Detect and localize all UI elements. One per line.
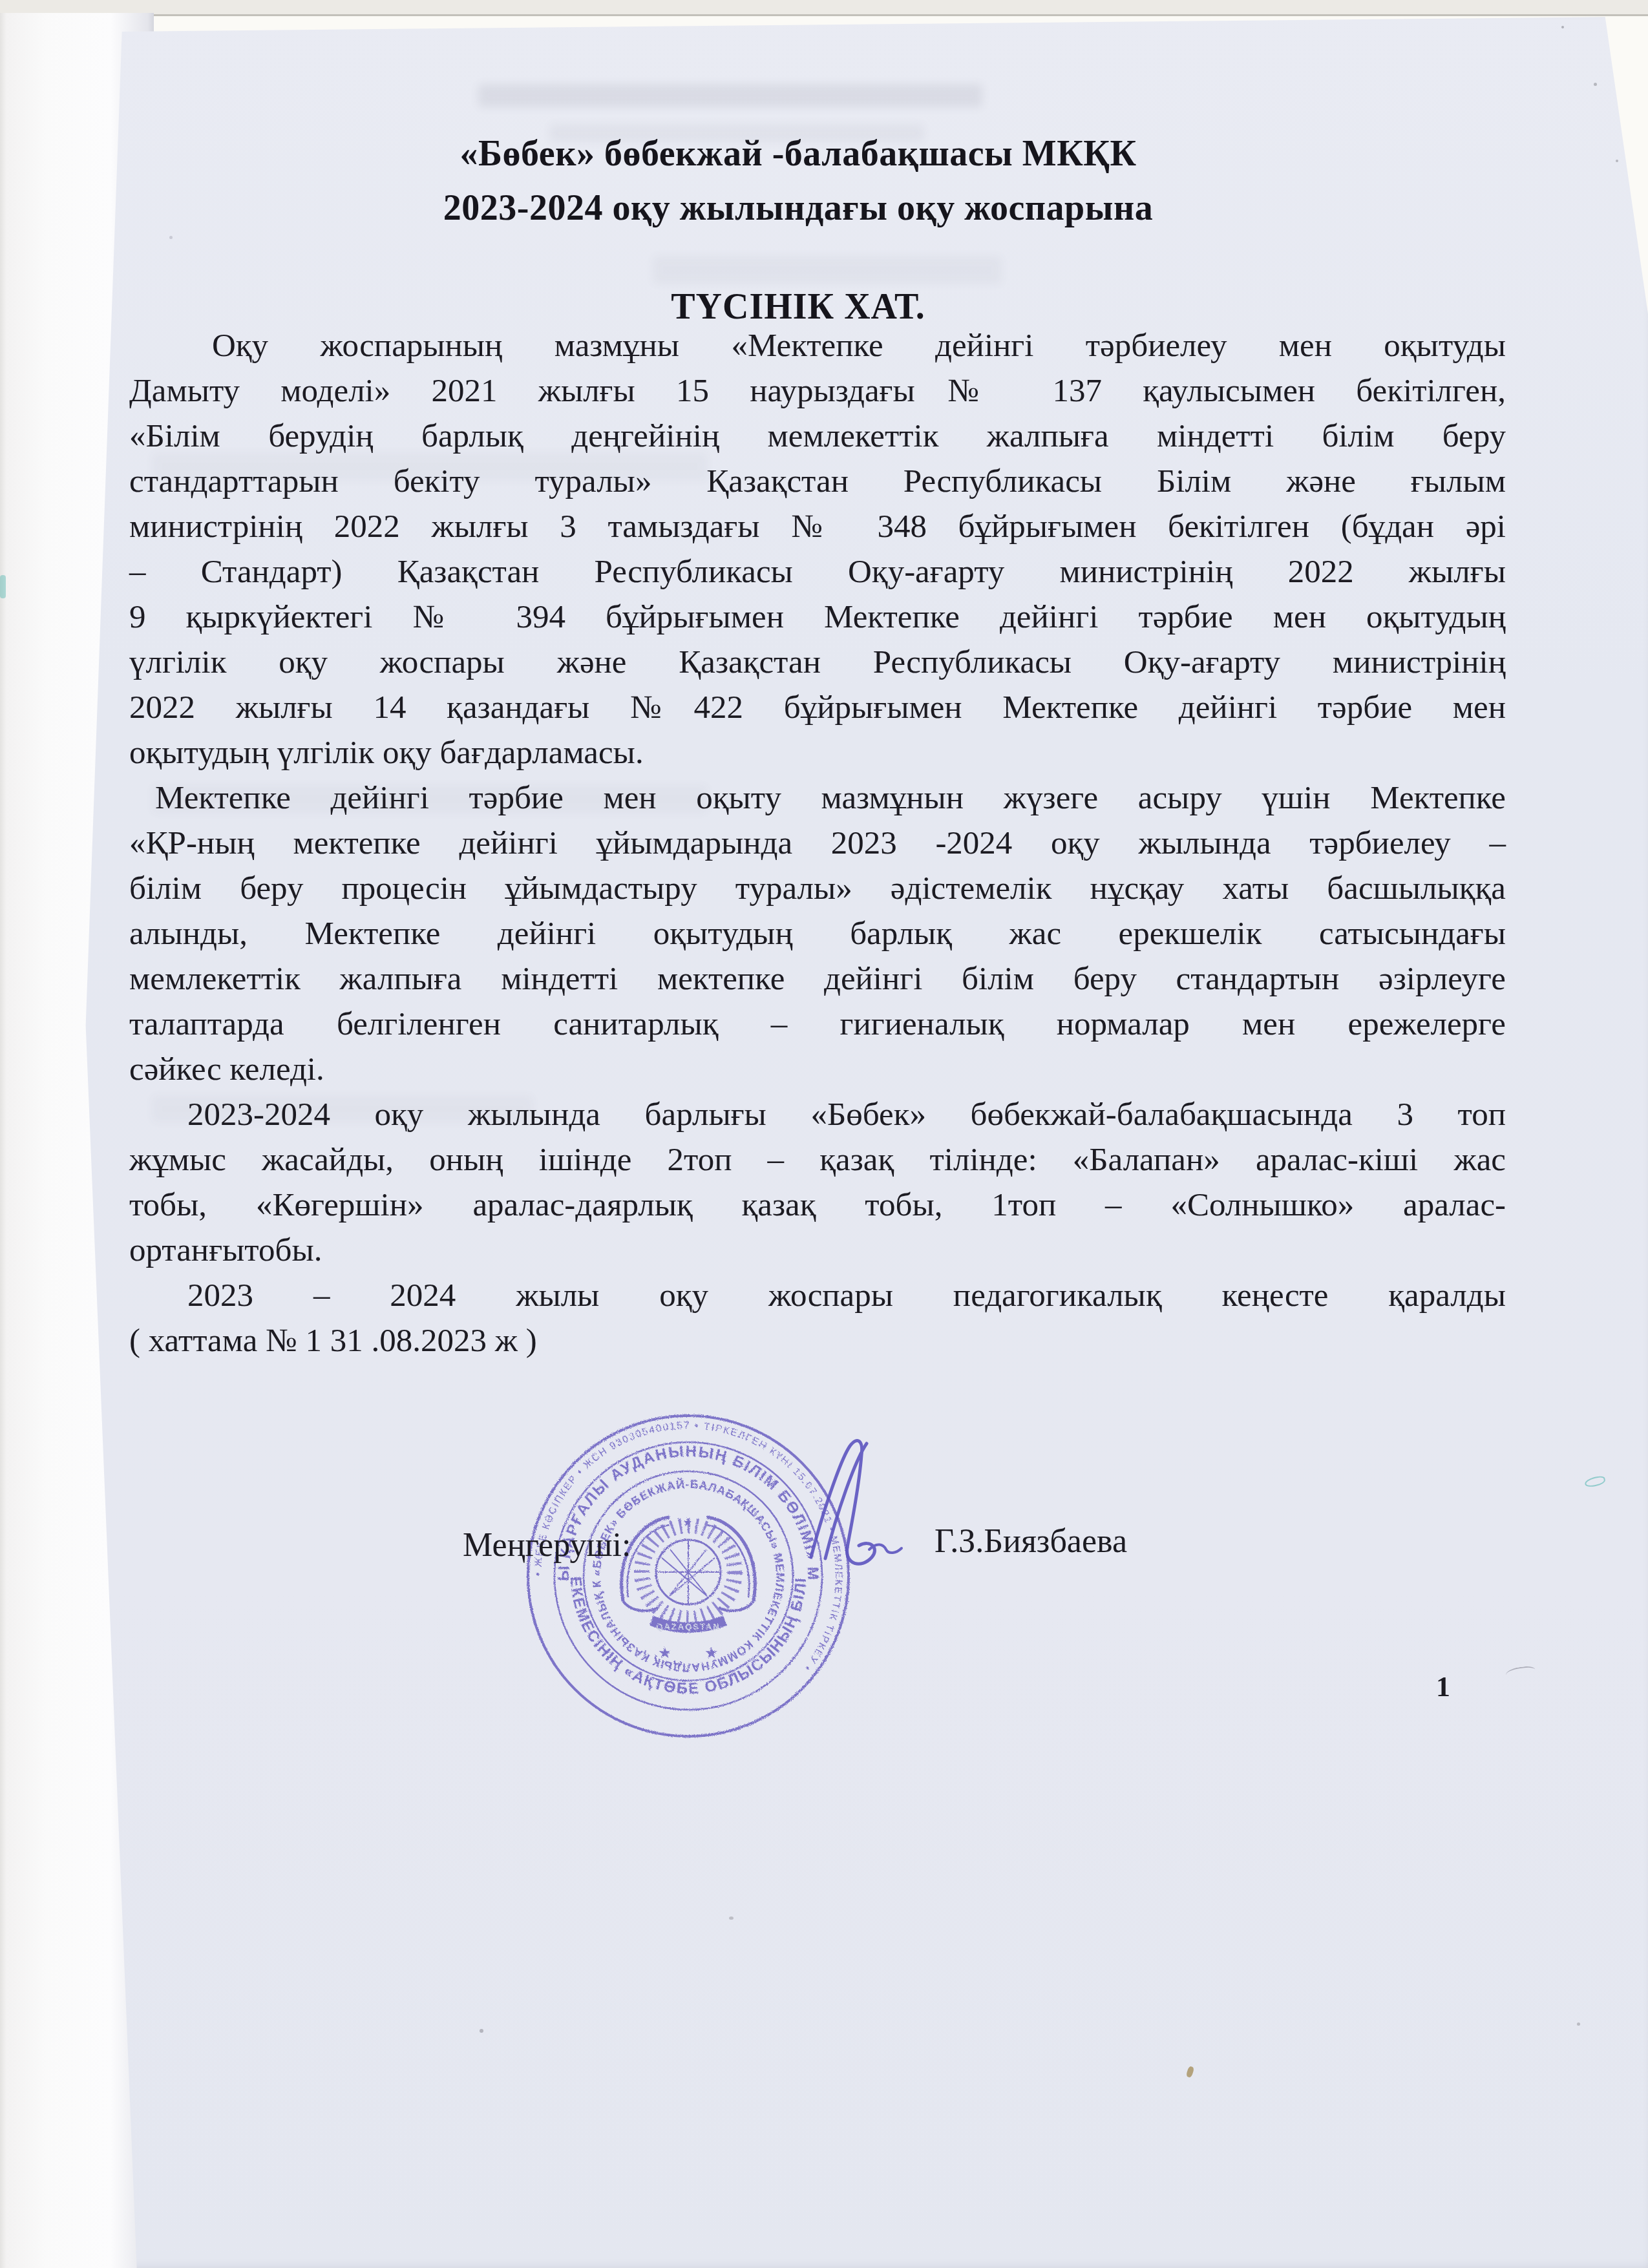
body-line: талаптарда белгіленген санитарлық – гиги… (129, 1002, 1506, 1047)
body-line: сәйкес келеді. (129, 1047, 1506, 1092)
body-line: «Білім берудің барлық деңгейінің мемлеке… (129, 414, 1506, 459)
body-line: тобы, «Көгершін» аралас-даярлық қазақ то… (129, 1182, 1506, 1228)
page-number: 1 (1436, 1670, 1450, 1703)
body-line: министрінің 2022 жылғы 3 тамыздағы № 348… (129, 504, 1506, 549)
section-heading: ТҮСІНІК ХАТ. (103, 287, 1493, 327)
document-body: Оқу жоспарының мазмұны «Мектепке дейінгі… (129, 323, 1506, 1363)
scanned-document: «Бөбек» бөбекжай -балабақшасы МКҚК 2023-… (0, 0, 1648, 2268)
dust-speck (169, 236, 173, 239)
body-line: мемлекеттік жалпыға міндетті мектепке де… (129, 956, 1506, 1002)
dust-speck (729, 1916, 734, 1920)
dust-speck (1561, 26, 1564, 28)
section-heading-block: ТҮСІНІК ХАТ. (103, 287, 1493, 327)
bleedthrough-ghost (653, 256, 1002, 284)
body-line: 9 қыркүйектегі № 394 бұйрығымен Мектепке… (129, 594, 1506, 640)
body-line: оқытудың үлгілік оқу бағдарламасы. (129, 730, 1506, 775)
doc-title-line1: «Бөбек» бөбекжай -балабақшасы МКҚК (103, 127, 1493, 181)
teal-mark (0, 575, 6, 598)
scanner-edge-strip (0, 0, 1648, 16)
handwritten-signature (785, 1422, 953, 1573)
kazakhstan-emblem-icon (622, 1517, 755, 1628)
bleedthrough-ghost (478, 84, 982, 107)
signature-name: Г.З.Биязбаева (935, 1522, 1127, 1561)
body-line: ( хаттама № 1 31 .08.2023 ж ) (129, 1318, 1506, 1363)
body-line: 2022 жылғы 14 қазандағы №422 бұйрығымен … (129, 685, 1506, 730)
dust-speck (1616, 160, 1618, 162)
body-line: жұмыс жасайды, оның ішінде 2топ – қазақ … (129, 1137, 1506, 1182)
body-line: 2023 – 2024 жылы оқу жоспары педагогикал… (129, 1273, 1506, 1318)
body-line: ортанғытобы. (129, 1228, 1506, 1273)
signature-role-label: Меңгеруші: (463, 1526, 631, 1565)
body-line: Оқу жоспарының мазмұны «Мектепке дейінгі… (129, 323, 1506, 368)
body-line: «ҚР-ның мектепке дейінгі ұйымдарында 202… (129, 821, 1506, 866)
body-line: – Стандарт) Қазақстан Республикасы Оқу-а… (129, 549, 1506, 594)
document-header: «Бөбек» бөбекжай -балабақшасы МКҚК 2023-… (103, 127, 1493, 235)
body-line: Дамыту моделі» 2021 жылғы 15 наурыздағы№… (129, 368, 1506, 414)
body-line: білім беру процесін ұйымдастыру туралы» … (129, 866, 1506, 911)
stamp-star-right: ★ (704, 1644, 719, 1662)
body-line: стандарттарын бекіту туралы» Қазақстан Р… (129, 459, 1506, 504)
stamp-star-left: ★ (658, 1644, 672, 1662)
dust-speck (1594, 83, 1597, 86)
dust-speck (480, 2029, 483, 2033)
doc-title-line2: 2023-2024 оқу жылындағы оқу жоспарына (103, 181, 1493, 235)
body-line: үлгілік оқу жоспары және Қазақстан Респу… (129, 640, 1506, 685)
body-line: 2023-2024 оқу жылында барлығы «Бөбек» бө… (129, 1092, 1506, 1137)
dust-speck (1577, 2022, 1580, 2026)
stamp-banner-text: QAZAQSTAN (656, 1622, 720, 1632)
stamp-star-top: ★ (682, 1516, 693, 1529)
body-line: Мектепке дейінгі тәрбие мен оқыту мазмұн… (129, 775, 1506, 821)
body-line: алынды, Мектепке дейінгі оқытудың барлық… (129, 911, 1506, 956)
